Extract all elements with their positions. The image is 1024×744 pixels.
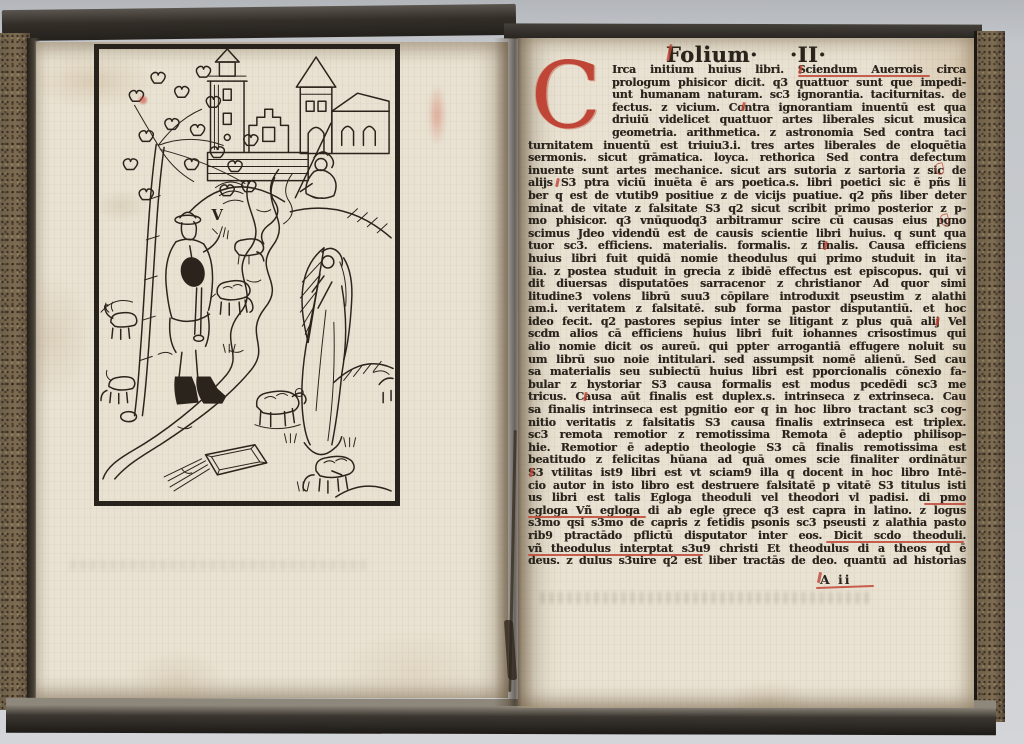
rubric-underline	[528, 554, 703, 556]
text-line: us libri est talis Egloga theoduli vel t…	[528, 492, 966, 505]
red-ink-dot	[139, 96, 147, 104]
book-cover-top-edge	[2, 4, 516, 41]
text-line: deus. z dulus s3uire q2 est liber tractā…	[528, 555, 966, 568]
text-line: alio nomie dicit os aureū. qui ppter arr…	[528, 341, 966, 354]
rubric-underline	[798, 75, 930, 77]
text-line: sermonis. sicut grāmatica. loyca. rethor…	[528, 152, 966, 165]
text-line: sa finalis intrinseca est pgnitio eor q …	[528, 404, 966, 417]
stream	[103, 178, 279, 479]
book-cover-left-edge	[0, 33, 30, 710]
text-line: sa materialis seu subiectū huius libri e…	[528, 366, 966, 379]
rubric-underline	[528, 516, 646, 518]
text-line: S3 vtilitas ist9 libri est vt sciam9 ill…	[528, 467, 966, 480]
drop-cap-initial: C	[522, 52, 610, 144]
text-line: dit diuersas disputatōes sarracenor z ch…	[528, 278, 966, 291]
text-line: huius libri fuit quidā nomie theodulus q…	[528, 253, 966, 266]
woodcut-pastoral-scene: V	[99, 49, 395, 501]
town-buildings	[208, 49, 390, 181]
text-line: ber q est de vtutib9 positiue z de vicij…	[528, 190, 966, 203]
text-line: sc3 remota remotior z remotissima Remota…	[528, 429, 966, 442]
rubric-underline	[924, 503, 966, 505]
woodcut-letter: V	[210, 206, 223, 224]
woodcut-illustration: V	[94, 44, 400, 506]
scanned-book-photo: V	[0, 0, 1024, 744]
shepherd-with-staff	[295, 123, 336, 198]
signature-mark: A ii	[820, 572, 852, 587]
shepherd-with-bagpipe	[166, 212, 228, 404]
text-line: mo phisicor. q3 vnūquodq3 arbitramur sci…	[528, 215, 966, 228]
text-block: C Irca initium huius libri. Sciendum Aue…	[528, 64, 966, 568]
book-cover-right-edge	[974, 31, 1005, 722]
red-ink-smudge	[428, 84, 446, 146]
text-line: am.i. veritatem z falsitatē. sub forma p…	[528, 303, 966, 316]
rubric-underline	[826, 541, 964, 543]
